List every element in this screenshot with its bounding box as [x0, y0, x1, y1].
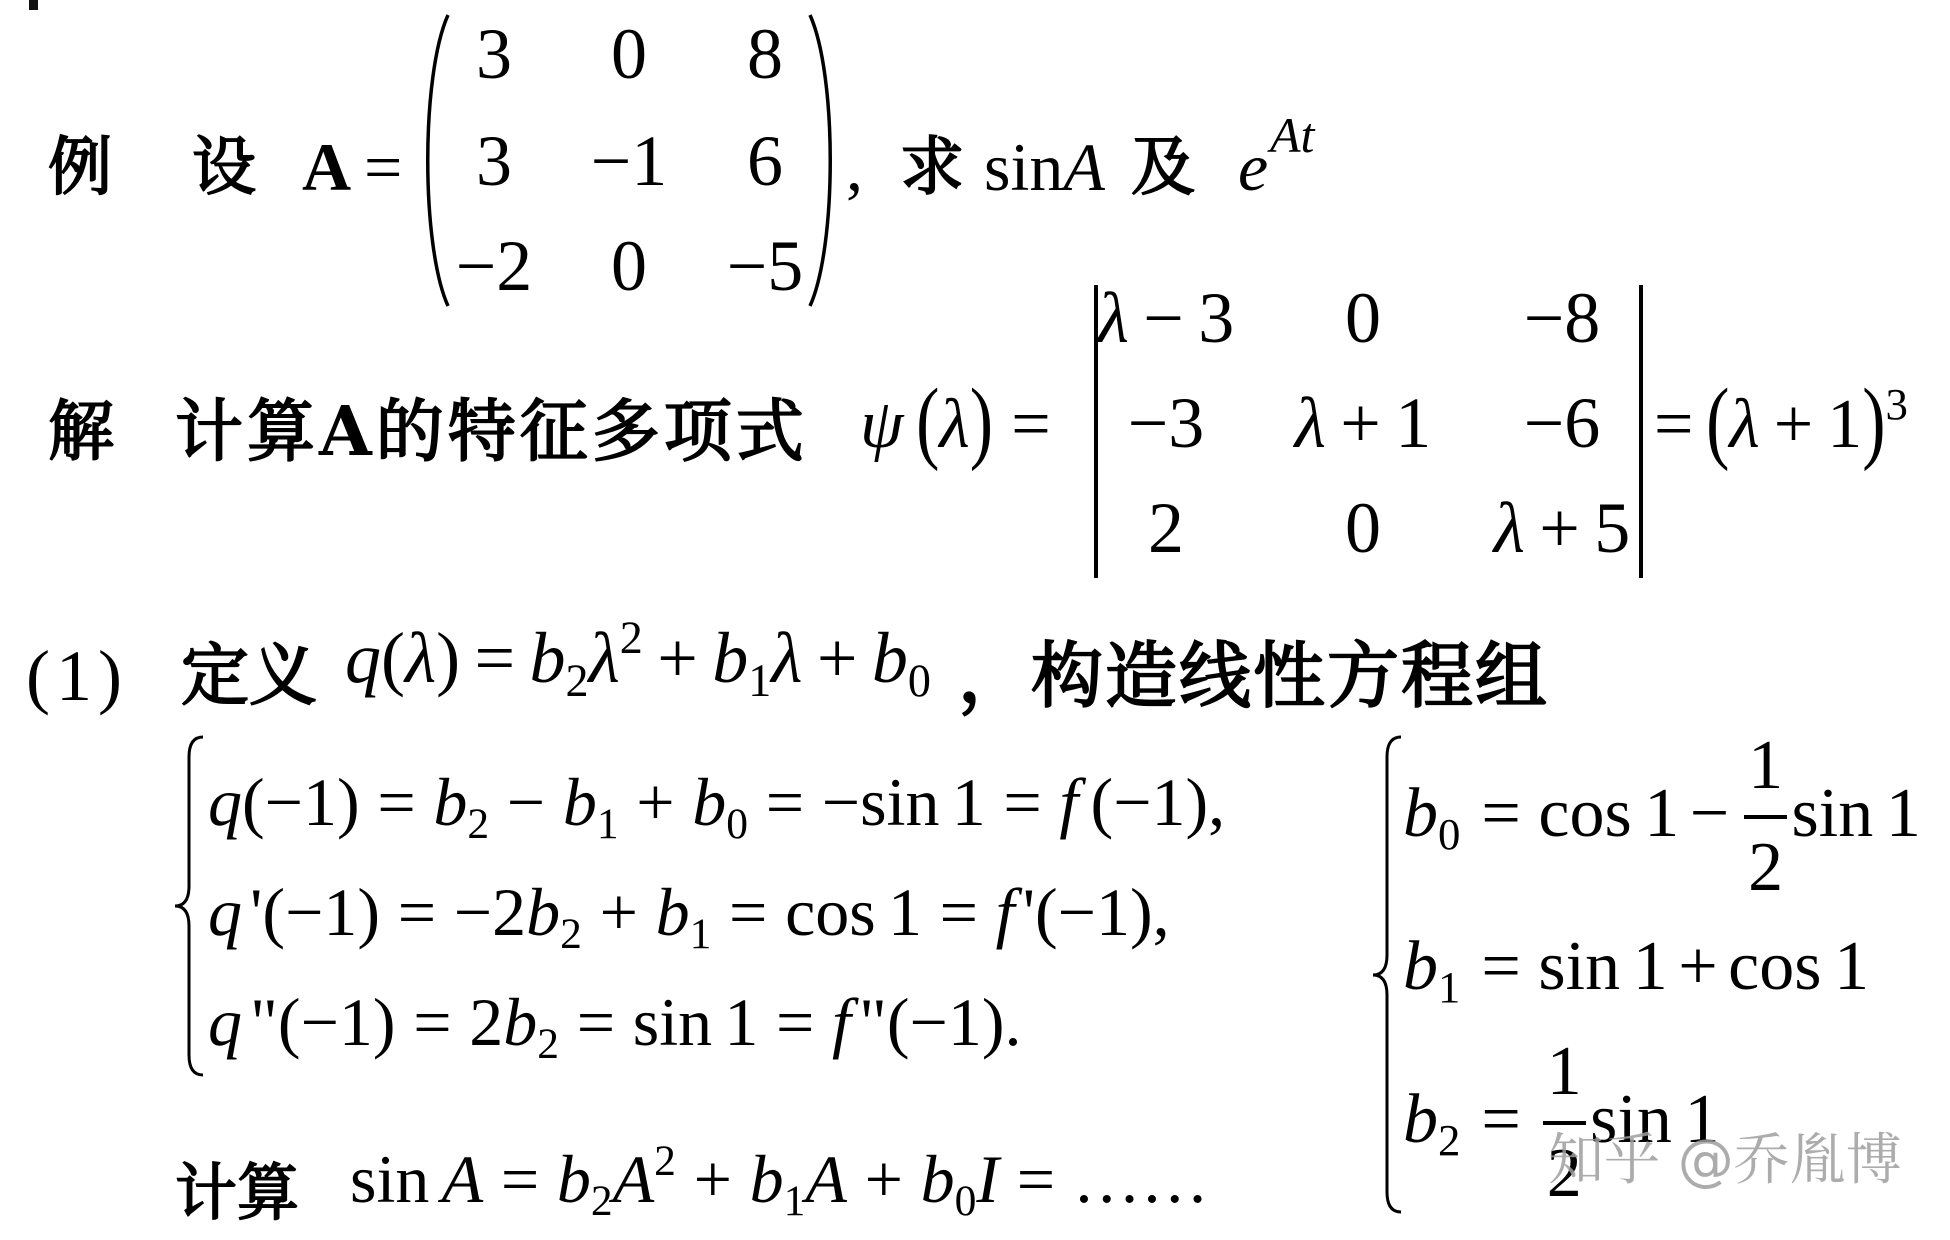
equals-sign: = — [398, 874, 436, 950]
identity-matrix: I — [976, 1141, 999, 1217]
function-sin: sin — [984, 129, 1063, 205]
system-equation-1: q(−1)=b2−b1+b0=−sin1=f(−1), — [208, 768, 1225, 836]
var-lambda: λ — [1098, 278, 1129, 358]
determinant-cell: 0 — [1283, 492, 1443, 564]
right-system-brace — [1373, 737, 1401, 1212]
number: 1 — [724, 984, 758, 1060]
var-b: b — [1403, 775, 1438, 852]
function-sin: sin — [633, 984, 712, 1060]
var-a: A — [442, 1141, 484, 1217]
function-cos: cos — [1728, 928, 1821, 1005]
number: 1 — [888, 874, 922, 950]
var-b: b — [563, 764, 597, 840]
system-equation-2: q'(−1)=−2b2+b1=cos1=f'(−1), — [208, 878, 1170, 946]
construct-text: 构造线性方程组 — [1031, 640, 1549, 712]
psi-of-lambda: ψ(λ)= — [860, 390, 1069, 460]
argument: (−1) — [278, 984, 396, 1060]
subscript: 1 — [597, 800, 619, 848]
determinant-cell: λ+1 — [1283, 387, 1443, 459]
plus-sign: + — [600, 874, 638, 950]
equals-sign: = — [1011, 386, 1050, 463]
determinant-cell: −8 — [1482, 282, 1642, 354]
var-lambda: λ — [405, 618, 436, 698]
plus-sign: + — [657, 618, 698, 698]
fraction-bar — [1543, 1121, 1586, 1125]
compute-label: 计算 — [175, 1162, 299, 1224]
determinant-cell: λ−3 — [1086, 282, 1246, 354]
plus-sign: + — [1774, 386, 1813, 463]
solution-text: 计算A的特征多项式 — [175, 398, 808, 466]
plus-sign: + — [865, 1141, 903, 1217]
var-b: b — [921, 1141, 955, 1217]
double-prime-mark: " — [250, 984, 278, 1060]
number: 5 — [1594, 488, 1630, 568]
right-paren: ) — [436, 618, 460, 698]
var-b: b — [1403, 1081, 1438, 1158]
left-paren: ( — [381, 618, 405, 698]
equals-sign: = — [577, 984, 615, 1060]
equals-sign: = — [364, 133, 402, 201]
matrix-cell: 6 — [685, 125, 845, 197]
equals-sign: = — [475, 618, 516, 698]
matrix-cell: −5 — [685, 230, 845, 302]
minus-sign: − — [1143, 278, 1184, 358]
exp-base: e — [1238, 133, 1268, 201]
equals-sign: = — [1017, 1141, 1055, 1217]
var-q: q — [208, 874, 242, 950]
equals-sign: = — [766, 764, 804, 840]
superscript: 3 — [1886, 379, 1908, 429]
var-b: b — [557, 1141, 591, 1217]
var-lambda: λ — [1295, 383, 1326, 463]
double-prime-mark: " — [859, 984, 887, 1060]
minus-sign: − — [1690, 775, 1729, 852]
plus-sign: + — [1539, 488, 1580, 568]
function-sin: sin — [1792, 775, 1874, 852]
var-b: b — [656, 874, 690, 950]
var-lambda: λ — [771, 618, 802, 698]
denominator: 2 — [1744, 833, 1787, 903]
determinant-cell: −6 — [1482, 387, 1642, 459]
var-b: b — [1403, 928, 1438, 1005]
var-b: b — [872, 618, 908, 698]
var-q: q — [208, 764, 242, 840]
var-b: b — [503, 984, 537, 1060]
argument: (−1), — [1035, 874, 1170, 950]
equals-sign: = — [776, 984, 814, 1060]
number: 3 — [1198, 278, 1234, 358]
equals-sign: = — [377, 764, 415, 840]
coefficient: −2 — [454, 874, 526, 950]
subscript: 2 — [566, 655, 589, 706]
var-a: A — [1063, 129, 1105, 205]
ellipsis: …… — [1073, 1141, 1209, 1217]
prime-mark: ' — [250, 874, 262, 950]
subscript: 0 — [908, 655, 931, 706]
numerator: 1 — [1543, 1037, 1586, 1107]
left-paren: ( — [916, 376, 939, 468]
var-b: b — [526, 874, 560, 950]
set-word: 设 — [192, 136, 256, 200]
sin-a-computation: sinA=b2A2+b1A+b0I=…… — [350, 1145, 1209, 1213]
sin-a-expression: sinA — [984, 133, 1105, 201]
matrix-name: A — [302, 133, 351, 201]
argument: (−1), — [1091, 764, 1226, 840]
number: 1 — [1834, 928, 1869, 1005]
determinant-cell: λ+5 — [1482, 492, 1642, 564]
var-lambda: λ — [939, 386, 969, 463]
subscript: 2 — [560, 910, 582, 958]
equals-sign: = — [1481, 928, 1520, 1005]
argument: (−1) — [262, 874, 380, 950]
solution-b0: b0=cos1−12sin1 — [1403, 779, 1921, 849]
plus-sign: + — [636, 764, 674, 840]
function-sin: sin — [860, 764, 939, 840]
var-lambda: λ — [1494, 488, 1525, 568]
number: 1 — [1395, 383, 1431, 463]
subscript: 2 — [591, 1177, 613, 1225]
var-lambda: λ — [1729, 386, 1759, 463]
argument: (−1) — [242, 764, 360, 840]
watermark: 知乎 @乔胤博 — [1548, 1133, 1902, 1189]
example-label: 例 — [48, 136, 112, 200]
equals-sign: = — [729, 874, 767, 950]
comma: , — [846, 133, 863, 201]
function-sin: sin — [350, 1141, 429, 1217]
function-cos: cos — [1538, 775, 1631, 852]
var-f: f — [996, 874, 1015, 950]
var-b: b — [530, 618, 566, 698]
function-cos: cos — [785, 874, 876, 950]
var-b: b — [712, 618, 748, 698]
step-label: (1) — [26, 640, 128, 712]
left-system-brace — [175, 737, 203, 1075]
equals-sign: = — [413, 984, 451, 1060]
argument: (−1). — [887, 984, 1022, 1060]
q-definition: q(λ)=b2λ2+b1λ+b0 — [345, 622, 931, 694]
psi-symbol: ψ — [860, 386, 903, 463]
var-a: A — [613, 1141, 655, 1217]
number: 1 — [1644, 775, 1679, 852]
coefficient: 2 — [469, 984, 503, 1060]
comma: ， — [958, 640, 1030, 712]
system-equation-3: q"(−1)=2b2=sin1=f"(−1). — [208, 988, 1022, 1056]
var-b: b — [433, 764, 467, 840]
var-a: A — [805, 1141, 847, 1217]
plus-sign: + — [1678, 928, 1717, 1005]
subscript: 2 — [467, 800, 489, 848]
equals-sign: = — [1654, 386, 1693, 463]
var-f: f — [832, 984, 851, 1060]
plus-sign: + — [817, 618, 858, 698]
var-q: q — [208, 984, 242, 1060]
number: 1 — [1633, 928, 1668, 1005]
prime-mark: ' — [1023, 874, 1035, 950]
minus-sign: − — [822, 764, 860, 840]
var-q: q — [345, 618, 381, 698]
equals-sign: = — [1481, 775, 1520, 852]
determinant-cell: −3 — [1086, 387, 1246, 459]
subscript: 0 — [1438, 809, 1460, 859]
find-word: 求 — [900, 136, 964, 200]
number: 1 — [952, 764, 986, 840]
numerator: 1 — [1744, 731, 1787, 801]
subscript: 1 — [690, 910, 712, 958]
right-paren: ) — [970, 376, 993, 468]
subscript: 0 — [726, 800, 748, 848]
plus-sign: + — [694, 1141, 732, 1217]
subscript: 2 — [537, 1020, 559, 1068]
minus-sign: − — [507, 764, 545, 840]
determinant-cell: 2 — [1086, 492, 1246, 564]
left-paren: ( — [1706, 376, 1729, 468]
superscript: 2 — [654, 1137, 676, 1185]
number: 1 — [1886, 775, 1921, 852]
subscript: 0 — [955, 1177, 977, 1225]
equals-sign: = — [1481, 1081, 1520, 1158]
subscript: 2 — [1438, 1115, 1460, 1165]
equals-sign: = — [1003, 764, 1041, 840]
define-word: 定义 — [181, 642, 317, 710]
subscript: 1 — [784, 1177, 806, 1225]
and-word: 及 — [1131, 136, 1195, 200]
page: 例 设 A = 3 0 8 3 −1 6 −2 0 −5 , 求 sinA 及 … — [0, 0, 1950, 1240]
equals-sign: = — [501, 1141, 539, 1217]
equals-sign: = — [940, 874, 978, 950]
superscript: 2 — [620, 612, 643, 663]
subscript: 1 — [748, 655, 771, 706]
var-f: f — [1059, 764, 1078, 840]
exp-power: At — [1270, 110, 1314, 160]
var-b: b — [692, 764, 726, 840]
function-sin: sin — [1538, 928, 1620, 1005]
number: 1 — [1827, 386, 1862, 463]
var-lambda: λ — [589, 618, 620, 698]
matrix-cell: 8 — [685, 18, 845, 90]
characteristic-result: =(λ+1)3 — [1654, 390, 1908, 460]
var-b: b — [750, 1141, 784, 1217]
solution-label: 解 — [48, 398, 114, 464]
fraction-bar — [1744, 815, 1787, 819]
plus-sign: + — [1340, 383, 1381, 463]
corner-mark — [29, 0, 38, 10]
subscript: 1 — [1438, 962, 1460, 1012]
determinant-cell: 0 — [1283, 282, 1443, 354]
solution-b1: b1=sin1+cos1 — [1403, 932, 1869, 1002]
right-paren: ) — [1862, 376, 1885, 468]
